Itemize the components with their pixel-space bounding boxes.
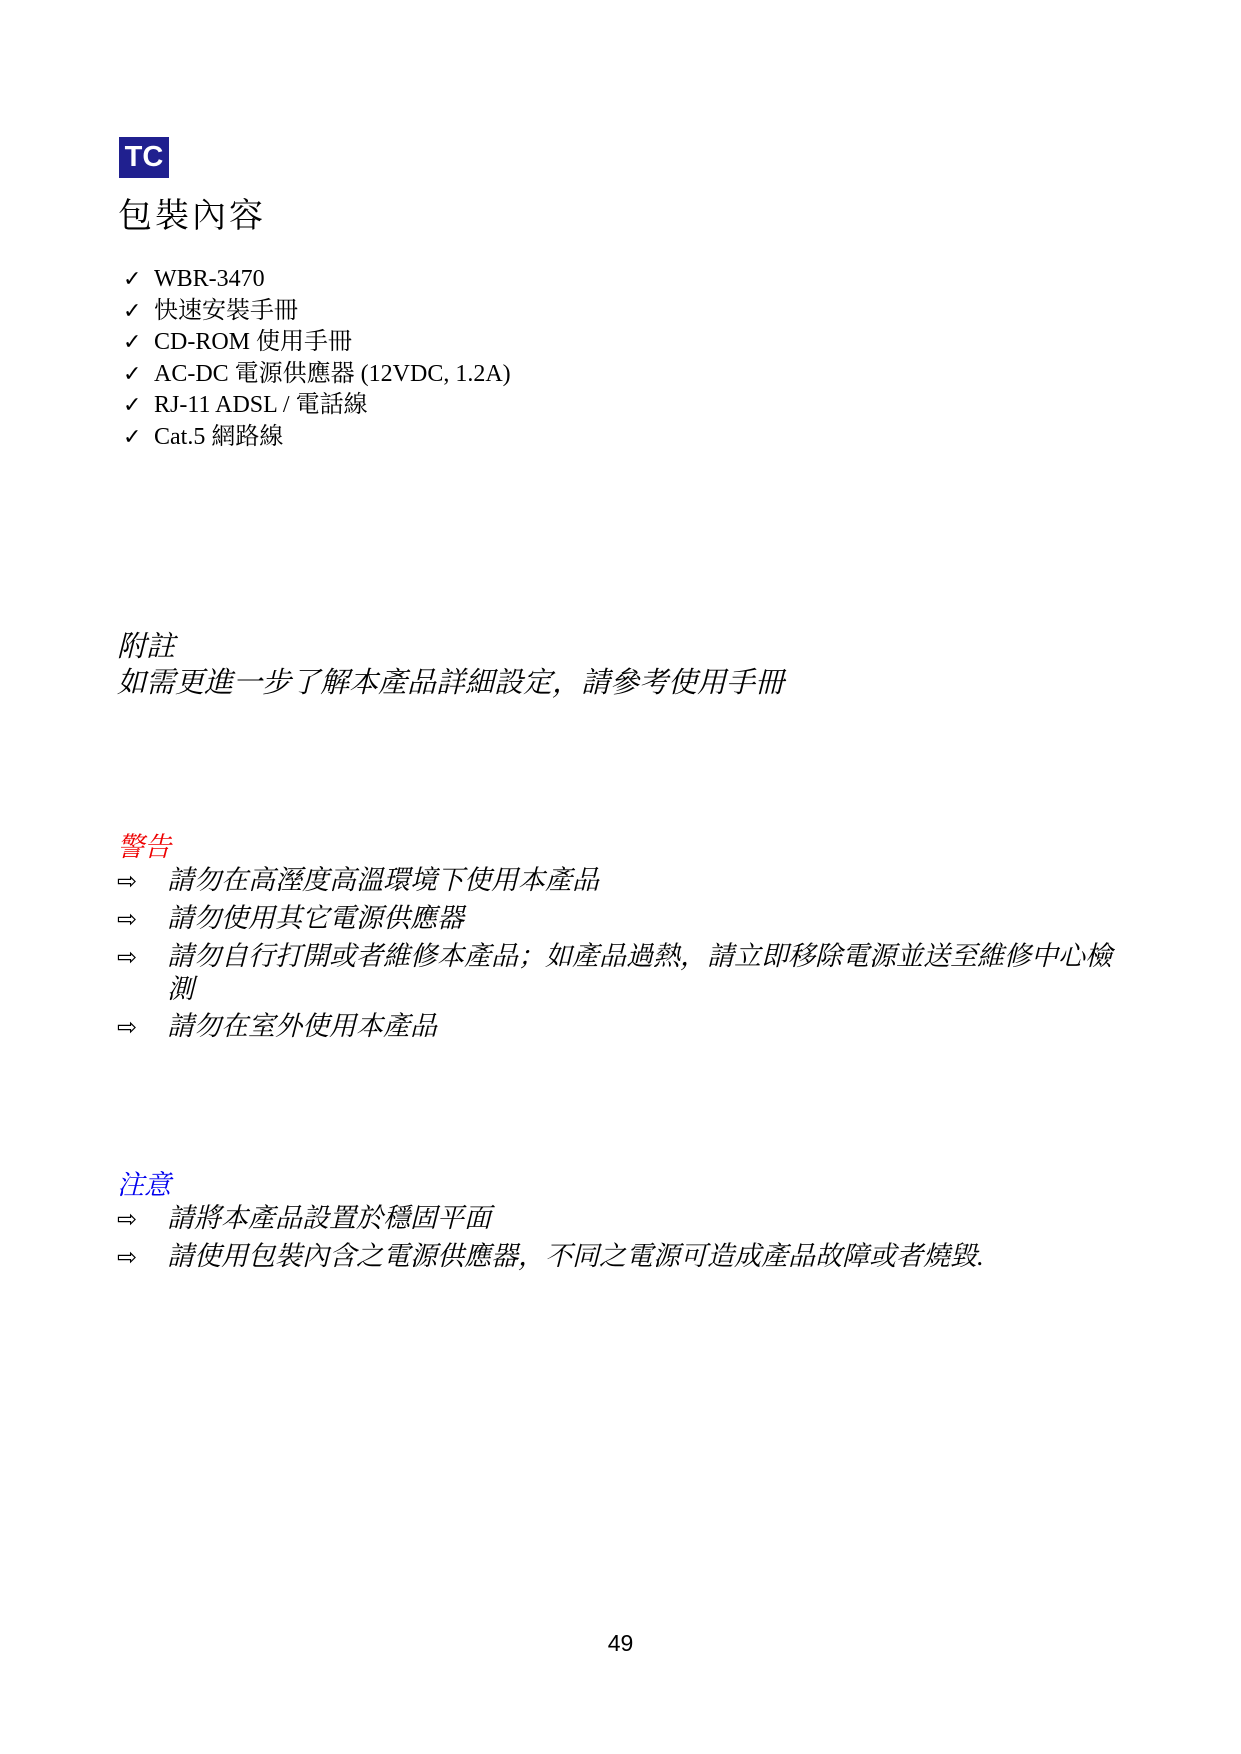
note-section: 附註 如需更進一步了解本產品詳細設定，請參考使用手冊 — [117, 629, 784, 701]
warning-list-item: ⇨ 請勿自行打開或者維修本產品；如產品過熱，請立即移除電源並送至維修中心檢測 — [117, 940, 1127, 1006]
warning-item-text: 請勿自行打開或者維修本產品；如產品過熱，請立即移除電源並送至維修中心檢測 — [167, 940, 1127, 1006]
caution-section: 注意 ⇨ 請將本產品設置於穩固平面 ⇨ 請使用包裝內含之電源供應器，不同之電源可… — [117, 1168, 1127, 1278]
checkmark-icon: ✓ — [123, 297, 154, 328]
arrow-right-icon: ⇨ — [117, 1241, 167, 1274]
package-list-item: ✓ Cat.5 網路線 — [123, 422, 511, 454]
package-item-text: AC-DC 電源供應器 (12VDC, 1.2A) — [154, 359, 511, 390]
note-label: 附註 — [117, 629, 784, 665]
package-list-item: ✓ AC-DC 電源供應器 (12VDC, 1.2A) — [123, 359, 511, 391]
package-list-item: ✓ 快速安裝手冊 — [123, 296, 511, 328]
caution-list-item: ⇨ 請將本產品設置於穩固平面 — [117, 1202, 1127, 1236]
caution-list: ⇨ 請將本產品設置於穩固平面 ⇨ 請使用包裝內含之電源供應器，不同之電源可造成產… — [117, 1202, 1127, 1274]
warning-list-item: ⇨ 請勿使用其它電源供應器 — [117, 902, 1127, 936]
package-item-text: CD-ROM 使用手冊 — [154, 327, 352, 358]
package-item-text: Cat.5 網路線 — [154, 422, 283, 453]
arrow-right-icon: ⇨ — [117, 941, 167, 974]
warning-item-text: 請勿在高溼度高溫環境下使用本產品 — [167, 864, 1127, 897]
package-item-text: WBR-3470 — [154, 264, 265, 295]
note-text: 如需更進一步了解本產品詳細設定，請參考使用手冊 — [117, 665, 784, 701]
arrow-right-icon: ⇨ — [117, 1203, 167, 1236]
package-list-item: ✓ CD-ROM 使用手冊 — [123, 327, 511, 359]
warning-item-text: 請勿使用其它電源供應器 — [167, 902, 1127, 935]
warning-label: 警告 — [117, 830, 1127, 864]
warning-list-item: ⇨ 請勿在室外使用本產品 — [117, 1010, 1127, 1044]
arrow-right-icon: ⇨ — [117, 903, 167, 936]
arrow-right-icon: ⇨ — [117, 865, 167, 898]
language-badge: TC — [119, 137, 169, 178]
page-number: 49 — [0, 1630, 1241, 1657]
checkmark-icon: ✓ — [123, 360, 154, 391]
package-list-item: ✓ RJ-11 ADSL / 電話線 — [123, 390, 511, 422]
caution-list-item: ⇨ 請使用包裝內含之電源供應器，不同之電源可造成產品故障或者燒毀. — [117, 1240, 1127, 1274]
package-item-text: 快速安裝手冊 — [154, 296, 298, 327]
checkmark-icon: ✓ — [123, 423, 154, 454]
arrow-right-icon: ⇨ — [117, 1011, 167, 1044]
caution-item-text: 請使用包裝內含之電源供應器，不同之電源可造成產品故障或者燒毀. — [167, 1240, 1127, 1273]
checkmark-icon: ✓ — [123, 265, 154, 296]
checkmark-icon: ✓ — [123, 391, 154, 422]
caution-label: 注意 — [117, 1168, 1127, 1202]
page-title: 包裝內容 — [118, 188, 266, 237]
checkmark-icon: ✓ — [123, 328, 154, 359]
package-list-item: ✓ WBR-3470 — [123, 264, 511, 296]
warning-item-text: 請勿在室外使用本產品 — [167, 1010, 1127, 1043]
caution-item-text: 請將本產品設置於穩固平面 — [167, 1202, 1127, 1235]
warning-list-item: ⇨ 請勿在高溼度高溫環境下使用本產品 — [117, 864, 1127, 898]
warning-list: ⇨ 請勿在高溼度高溫環境下使用本產品 ⇨ 請勿使用其它電源供應器 ⇨ 請勿自行打… — [117, 864, 1127, 1044]
warning-section: 警告 ⇨ 請勿在高溼度高溫環境下使用本產品 ⇨ 請勿使用其它電源供應器 ⇨ 請勿… — [117, 830, 1127, 1048]
document-page: TC 包裝內容 ✓ WBR-3470 ✓ 快速安裝手冊 ✓ CD-ROM 使用手… — [0, 0, 1241, 1754]
package-contents-list: ✓ WBR-3470 ✓ 快速安裝手冊 ✓ CD-ROM 使用手冊 ✓ AC-D… — [123, 264, 511, 453]
package-item-text: RJ-11 ADSL / 電話線 — [154, 390, 368, 421]
